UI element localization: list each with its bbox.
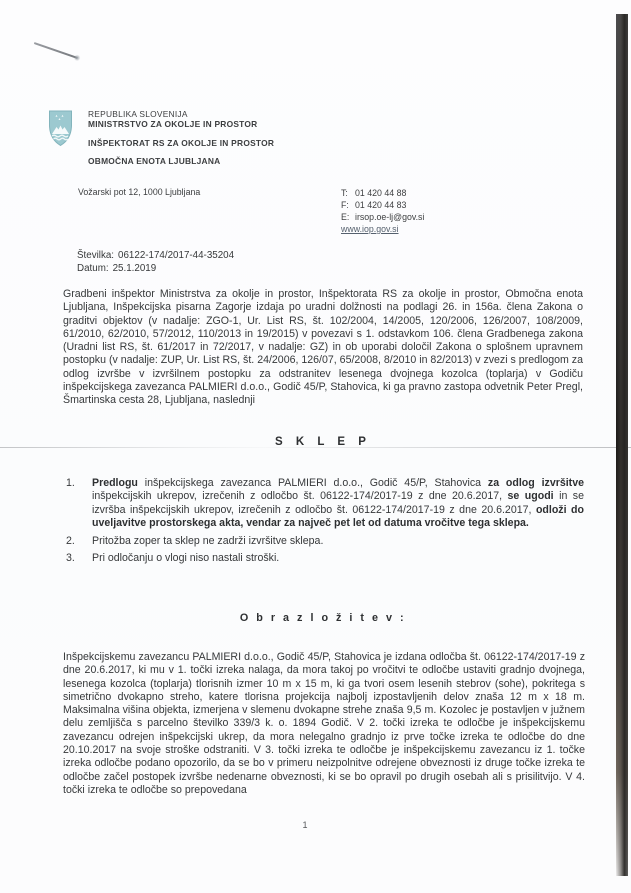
intro-paragraph: Gradbeni inšpektor Ministrstva za okolje… xyxy=(63,288,583,408)
date-row: Datum:25.1.2019 xyxy=(77,262,234,275)
phone-row: T:01 420 44 88 xyxy=(341,187,424,199)
phone-label: T: xyxy=(341,187,355,199)
page-number: 1 xyxy=(0,820,610,830)
explanation-paragraph: Inšpekcijskemu zavezancu PALMIERI d.o.o.… xyxy=(63,651,585,797)
reference-number-row: Številka:06122-174/2017-44-35204 xyxy=(77,249,234,262)
contact-block: T:01 420 44 88 F:01 420 44 83 E:irsop.oe… xyxy=(341,187,424,235)
date-label: Datum: xyxy=(77,263,109,274)
scan-edge-shadow xyxy=(616,14,628,876)
regional-unit-name: OBMOČNA ENOTA LJUBLJANA xyxy=(88,156,220,166)
reference-number-label: Številka: xyxy=(77,250,114,261)
email-address: irsop.oe-lj@gov.si xyxy=(355,212,424,222)
decision-list: 1. Predlogu inšpekcijskega zavezanca PAL… xyxy=(63,477,584,570)
phone-number: 01 420 44 88 xyxy=(355,188,406,198)
fax-row: F:01 420 44 83 xyxy=(341,199,424,211)
reference-number: 06122-174/2017-44-35204 xyxy=(118,250,234,261)
inspectorate-name: INŠPEKTORAT RS ZA OKOLJE IN PROSTOR xyxy=(88,138,274,148)
website-link: www.iop.gov.si xyxy=(341,224,399,234)
country-name: REPUBLIKA SLOVENIJA xyxy=(88,109,188,119)
item-text: Pri odločanju o vlogi niso nastali stroš… xyxy=(92,552,279,564)
pen-scratch-mark xyxy=(34,42,78,59)
email-label: E: xyxy=(341,211,355,223)
explanation-heading: O b r a z l o ž i t e v : xyxy=(63,612,583,624)
item-text: Predlogu inšpekcijskega zavezanca PALMIE… xyxy=(92,477,584,529)
item-number: 1. xyxy=(66,477,75,490)
document-date: 25.1.2019 xyxy=(113,263,157,274)
email-row: E:irsop.oe-lj@gov.si xyxy=(341,211,424,223)
website-row: www.iop.gov.si xyxy=(341,223,424,235)
item-number: 3. xyxy=(66,552,75,565)
item-text: Pritožba zoper ta sklep ne zadrži izvrši… xyxy=(92,535,323,547)
decision-item-2: 2. Pritožba zoper ta sklep ne zadrži izv… xyxy=(63,535,584,548)
fax-label: F: xyxy=(341,199,355,211)
reference-block: Številka:06122-174/2017-44-35204 Datum:2… xyxy=(77,249,234,275)
fax-number: 01 420 44 83 xyxy=(355,200,406,210)
decision-item-1: 1. Predlogu inšpekcijskega zavezanca PAL… xyxy=(63,477,584,530)
item-number: 2. xyxy=(66,535,75,548)
decision-item-3: 3. Pri odločanju o vlogi niso nastali st… xyxy=(63,552,584,565)
slovenia-coat-of-arms-icon xyxy=(48,110,73,147)
office-address: Vožarski pot 12, 1000 Ljubljana xyxy=(78,187,200,197)
ministry-name: MINISTRSTVO ZA OKOLJE IN PROSTOR xyxy=(88,119,257,129)
scanned-document-page: REPUBLIKA SLOVENIJA MINISTRSTVO ZA OKOLJ… xyxy=(0,0,631,893)
sklep-heading: S K L E P xyxy=(63,436,583,448)
